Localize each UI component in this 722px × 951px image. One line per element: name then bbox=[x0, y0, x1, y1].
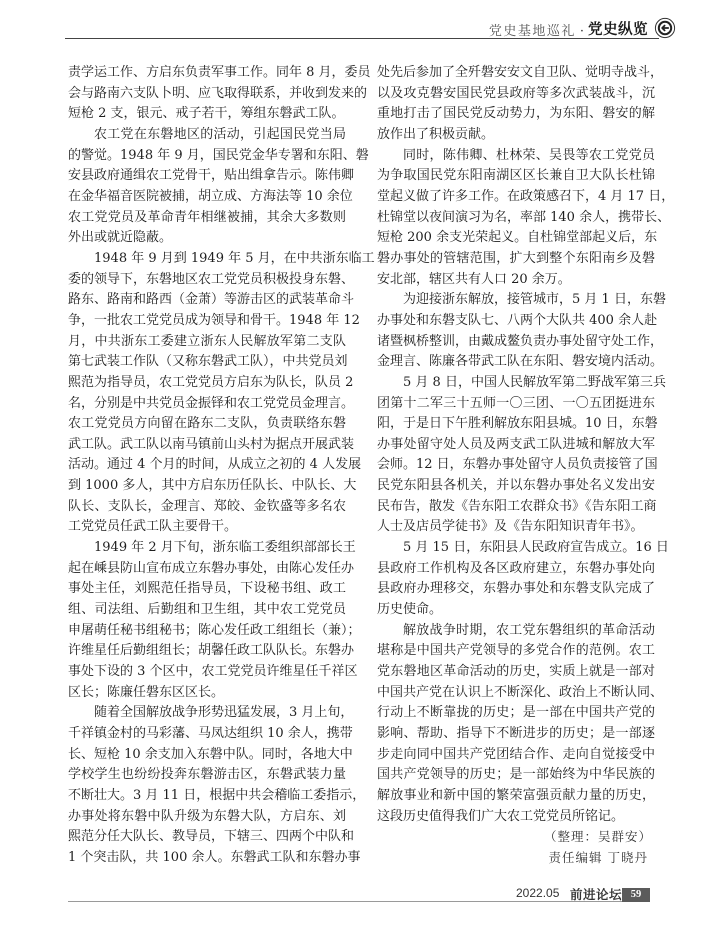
text-line: 活动。通过 4 个月的时间，从成立之初的 4 人发展 bbox=[68, 455, 346, 476]
text-line: 路东、路南和路西（金萧）等游击区的武装革命斗 bbox=[68, 290, 346, 311]
text-line: 堪称是中国共产党领导的多党合作的范例。农工 bbox=[377, 641, 655, 662]
text-line: 县政府工作机构及各区政府建立，东磐办事处向 bbox=[377, 559, 655, 580]
text-line: 区长；陈廉任磐东区区长。 bbox=[68, 683, 346, 704]
paragraph-start-line: 1949 年 2 月下旬，浙东临工委组织部部长王 bbox=[68, 538, 346, 559]
text-line: 不断壮大。3 月 11 日，根据中共会稽临工委指示， bbox=[68, 786, 346, 807]
text-line: 解放事业和新中国的繁荣富强贡献力量的历史， bbox=[377, 786, 655, 807]
text-line: 事处主任，刘熙范任指导员，下设秘书组、政工 bbox=[68, 579, 346, 600]
circle-arrow-left-icon bbox=[654, 17, 676, 39]
text-line: 农工党党员方向留在路东二支队，负责联络东磐 bbox=[68, 414, 346, 435]
text-line: 外出或就近隐蔽。 bbox=[68, 228, 346, 249]
text-line: 步走向同中国共产党团结合作、走向自觉接受中 bbox=[377, 745, 655, 766]
header-section-title: 党史基地巡礼 bbox=[489, 20, 576, 39]
text-line: 办事处和东磐支队七、八两个大队共 400 余人赴 bbox=[377, 311, 655, 332]
text-line: 学校学生也纷纷投奔东磐游击区，东磐武装力量 bbox=[68, 765, 346, 786]
text-line: 会师。12 日，东磐办事处留守人员负责接管了国 bbox=[377, 455, 655, 476]
paragraph-start-line: 5 月 8 日，中国人民解放军第二野战军第三兵 bbox=[377, 373, 655, 394]
text-line: 许维星任后勤组组长；胡馨任政工队队长。东磐办 bbox=[68, 641, 346, 662]
text-line: 金理言、陈廉各带武工队在东阳、磐安境内活动。 bbox=[377, 352, 655, 373]
text-line: 短枪 2 支，银元、戒子若干，筹组东磐武工队。 bbox=[68, 104, 346, 125]
text-line: 党东磐地区革命活动的历史，实质上就是一部对 bbox=[377, 662, 655, 683]
paragraph-start-line: 随着全国解放战争形势迅猛发展，3 月上旬， bbox=[68, 703, 346, 724]
text-line: 农工党党员及革命青年相继被捕，其余大多数则 bbox=[68, 208, 346, 229]
header-rule bbox=[65, 38, 659, 39]
text-line: 团第十二军三十五师一〇三团、一〇五团挺进东 bbox=[377, 394, 655, 415]
magazine-name: 前进论坛 bbox=[570, 885, 622, 903]
text-line: 国共产党领导的历史；是一部始终为中华民族的 bbox=[377, 765, 655, 786]
text-line: 民党东阳县各机关，并以东磐办事处名义发出安 bbox=[377, 476, 655, 497]
paragraph-start-line: 5 月 15 日，东阳县人民政府宣告成立。16 日 bbox=[377, 538, 655, 559]
text-line: 到 1000 多人，其中方启东历任队长、中队长、大 bbox=[68, 476, 346, 497]
text-line: 诸暨枫桥整训，由戴成鳌负责办事处留守处工作， bbox=[377, 332, 655, 353]
text-line: 历史使命。 bbox=[377, 600, 655, 621]
text-line: 事处下设的 3 个区中，农工党党员许维星任千祥区 bbox=[68, 662, 346, 683]
text-line: 申屠萌任秘书组秘书；陈心发任政工组组长（兼）； bbox=[68, 621, 346, 642]
text-line: 工党党员任武工队主要骨干。 bbox=[68, 517, 346, 538]
paragraph-start-line: 为迎接浙东解放，接管城市，5 月 1 日，东磐 bbox=[377, 290, 655, 311]
text-line: 长、短枪 10 余支加入东磐中队。同时，各地大中 bbox=[68, 745, 346, 766]
text-line: 组、司法组、后勤组和卫生组，其中农工党党员 bbox=[68, 600, 346, 621]
text-line: 责学运工作、方启东负责军事工作。同年 8 月，委员 bbox=[68, 63, 346, 84]
compiler-credit: （整理：吴群安） bbox=[377, 827, 655, 848]
article-left-column: 责学运工作、方启东负责军事工作。同年 8 月，委员 会与路南六支队卜明、应飞取得… bbox=[68, 63, 346, 869]
text-line: 县政府办理移交，东磐办事处和东磐支队完成了 bbox=[377, 579, 655, 600]
text-line: 杜锦堂以夜间演习为名，率部 140 余人，携带长、 bbox=[377, 208, 655, 229]
text-line: 月，中共浙东工委建立浙东人民解放军第二支队 bbox=[68, 332, 346, 353]
text-line: 阳，于是日下午胜利解放东阳县城。10 日，东磐 bbox=[377, 414, 655, 435]
text-line: 名，分别是中共党员金振铎和农工党党员金理言。 bbox=[68, 394, 346, 415]
footer-rule bbox=[68, 901, 622, 902]
text-line: 争，一批农工党党员成为领导和骨干。1948 年 12 bbox=[68, 311, 346, 332]
text-line: 这段历史值得我们广大农工党党员所铭记。 bbox=[377, 807, 655, 828]
text-line: 安北部，辖区共有人口 20 余万。 bbox=[377, 270, 655, 291]
text-line: 中国共产党在认识上不断深化、政治上不断认同、 bbox=[377, 683, 655, 704]
text-line: 重地打击了国民党反动势力，为东阳、磐安的解 bbox=[377, 104, 655, 125]
text-line: 短枪 200 余支光荣起义。自杜锦堂部起义后，东 bbox=[377, 228, 655, 249]
text-line: 起在嵊县防山宣布成立东磐办事处，由陈心发任办 bbox=[68, 559, 346, 580]
text-line: 民布告，散发《告东阳工农群众书》《告东阳工商 bbox=[377, 497, 655, 518]
paragraph-start-line: 解放战争时期，农工党东磐组织的革命活动 bbox=[377, 621, 655, 642]
header-column-title: 党史纵览 bbox=[588, 18, 648, 39]
text-line: 行动上不断靠拢的历史；是一部在中国共产党的 bbox=[377, 703, 655, 724]
text-line: 处先后参加了全歼磐安安文自卫队、觉明寺战斗， bbox=[377, 63, 655, 84]
text-line: 熙范为指导员，农工党党员方启东为队长，队员 2 bbox=[68, 373, 346, 394]
text-line: 在金华福音医院被捕，胡立成、方海法等 10 余位 bbox=[68, 187, 346, 208]
text-line: 千祥镇金村的马彩藩、马凤达组织 10 余人，携带 bbox=[68, 724, 346, 745]
text-line: 堂起义做了许多工作。在政策感召下，4 月 17 日， bbox=[377, 187, 655, 208]
text-line: 影响、帮助、指导下不断进步的历史；是一部逐 bbox=[377, 724, 655, 745]
text-line: 办事处留守处人员及两支武工队进城和解放大军 bbox=[377, 435, 655, 456]
paragraph-start-line: 1948 年 9 月到 1949 年 5 月，在中共浙东临工 bbox=[68, 249, 346, 270]
text-line: 的警觉。1948 年 9 月，国民党金华专署和东阳、磐 bbox=[68, 146, 346, 167]
text-line: 以及攻克磐安国民党县政府等多次武装战斗，沉 bbox=[377, 84, 655, 105]
text-line: 磐办事处的管辖范围，扩大到整个东阳南乡及磐 bbox=[377, 249, 655, 270]
text-line: 安县政府通缉农工党骨干，贴出缉拿告示。陈伟卿 bbox=[68, 166, 346, 187]
text-line: 会与路南六支队卜明、应飞取得联系，并收到发来的 bbox=[68, 84, 346, 105]
text-line: 队长、支队长，金理言、郑皎、金钦盛等多名农 bbox=[68, 497, 346, 518]
text-line: 为争取国民党东阳南湖区区长兼自卫大队长杜锦 bbox=[377, 166, 655, 187]
text-line: 第七武装工作队（又称东磐武工队），中共党员刘 bbox=[68, 352, 346, 373]
page-number: 59 bbox=[622, 888, 650, 902]
paragraph-start-line: 同时，陈伟卿、杜林荣、吴畏等农工党党员 bbox=[377, 146, 655, 167]
text-line: 放作出了积极贡献。 bbox=[377, 125, 655, 146]
header-separator: · bbox=[580, 24, 584, 39]
editor-credit: 责任编辑 丁晓丹 bbox=[377, 848, 655, 869]
text-line: 熙范分任大队长、教导员，下辖三、四两个中队和 bbox=[68, 827, 346, 848]
text-line: 委的领导下，东磐地区农工党党员积极投身东磐、 bbox=[68, 270, 346, 291]
paragraph-start-line: 农工党在东磐地区的活动，引起国民党当局 bbox=[68, 125, 346, 146]
text-line: 武工队。武工队以南马镇前山头村为据点开展武装 bbox=[68, 435, 346, 456]
issue-date: 2022.05 bbox=[516, 886, 559, 900]
text-line: 1 个突击队，共 100 余人。东磐武工队和东磐办事 bbox=[68, 848, 346, 869]
running-header: 党史基地巡礼 · 党史纵览 bbox=[489, 19, 648, 39]
text-line: 办事处将东磐中队升级为东磐大队，方启东、刘 bbox=[68, 807, 346, 828]
text-line: 人士及店员学徒书》及《告东阳知识青年书》。 bbox=[377, 517, 655, 538]
article-right-column: 处先后参加了全歼磐安安文自卫队、觉明寺战斗， 以及攻克磐安国民党县政府等多次武装… bbox=[377, 63, 655, 869]
